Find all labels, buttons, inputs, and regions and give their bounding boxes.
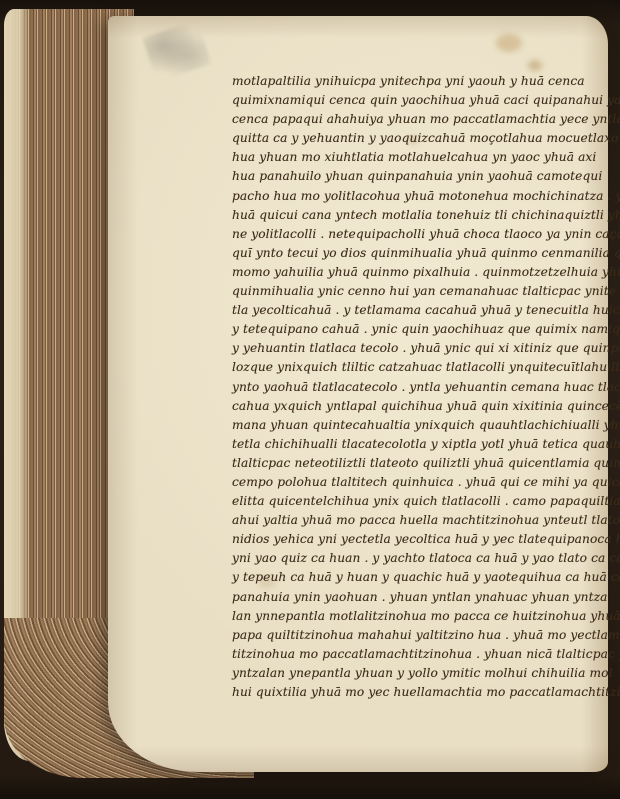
text-line: panahuia ynin yaohuan . yhuan yntlan yna… <box>232 588 598 607</box>
paper-stain <box>496 34 522 52</box>
photo-background: motlapaltilia ynihuicpa ynitechpa yni ya… <box>0 0 620 799</box>
text-line: quitta ca y yehuantin y yaoquizcahuā moç… <box>232 129 598 148</box>
text-line: nidios yehica yni yectetla yecoltica huā… <box>232 530 598 549</box>
text-line: hua yhuan mo xiuhtlatia motlahuelcahua y… <box>232 148 598 167</box>
text-line: huā quicui cana yntech motlalia tonehuiz… <box>232 206 598 225</box>
text-line: mana yhuan quintecahualtia ynixquich qua… <box>232 416 598 435</box>
text-line: cahua yxquich yntlapal quichihua yhuā qu… <box>232 397 598 416</box>
text-line: lan ynnepantla motlalitzinohua mo pacca … <box>232 607 598 626</box>
text-line: cenca papaqui ahahuiya yhuan mo paccatla… <box>232 110 598 129</box>
text-line: yni yao quiz ca huan . y yachto tlatoca … <box>232 549 598 568</box>
text-line: cempo polohua tlaltitech quinhuica . yhu… <box>232 473 598 492</box>
text-line: quimixnamiqui cenca quin yaochihua yhuā … <box>232 91 598 110</box>
text-line: ahui yaltia yhuā mo pacca huella machtit… <box>232 511 598 530</box>
text-line: elitta quicentelchihua ynix quich tlatla… <box>232 492 598 511</box>
manuscript-page: motlapaltilia ynihuicpa ynitechpa yni ya… <box>108 16 608 772</box>
text-line: lozque ynixquich tliltic catzahuac tlatl… <box>232 358 598 377</box>
text-line: tetla chichihualli tlacatecolotla y xipt… <box>232 435 598 454</box>
text-line: motlapaltilia ynihuicpa ynitechpa yni ya… <box>232 72 598 91</box>
text-block: motlapaltilia ynihuicpa ynitechpa yni ya… <box>232 72 598 702</box>
text-line: tlalticpac neteotiliztli tlateoto quiliz… <box>232 454 598 473</box>
text-line: quinmihualia ynic cenno hui yan cemanahu… <box>232 282 598 301</box>
text-line: y tetequipano cahuā . ynic quin yaochihu… <box>232 320 598 339</box>
text-line: titzinohua mo paccatlamachtitzinohua . y… <box>232 645 598 664</box>
text-line: hui quixtilia yhuā mo yec huellamachtia … <box>232 683 598 702</box>
text-line: pacho hua mo yolitlacohua yhuā motonehua… <box>232 187 598 206</box>
text-line: papa quiltitzinohua mahahui yaltitzino h… <box>232 626 598 645</box>
text-line: ne yolitlacolli . netequipacholli yhuā c… <box>232 225 598 244</box>
text-line: y yehuantin tlatlaca tecolo . yhuā ynic … <box>232 339 598 358</box>
paper-stain <box>528 60 542 71</box>
text-line: tla yecolticahuā . y tetlamama cacahuā y… <box>232 301 598 320</box>
text-line: hua panahuilo yhuan quinpanahuia ynin ya… <box>232 167 598 186</box>
pencil-smudge <box>142 20 211 82</box>
text-line: y tepeuh ca huā y huan y quachic huā y y… <box>232 568 598 587</box>
text-line: quī ynto tecui yo dios quinmihualia yhuā… <box>232 244 598 263</box>
text-line: ynto yaohuā tlatlacatecolo . yntla yehua… <box>232 378 598 397</box>
text-line: yntzalan ynepantla yhuan y yollo ymitic … <box>232 664 598 683</box>
text-line: momo yahuilia yhuā quinmo pixalhuia . qu… <box>232 263 598 282</box>
